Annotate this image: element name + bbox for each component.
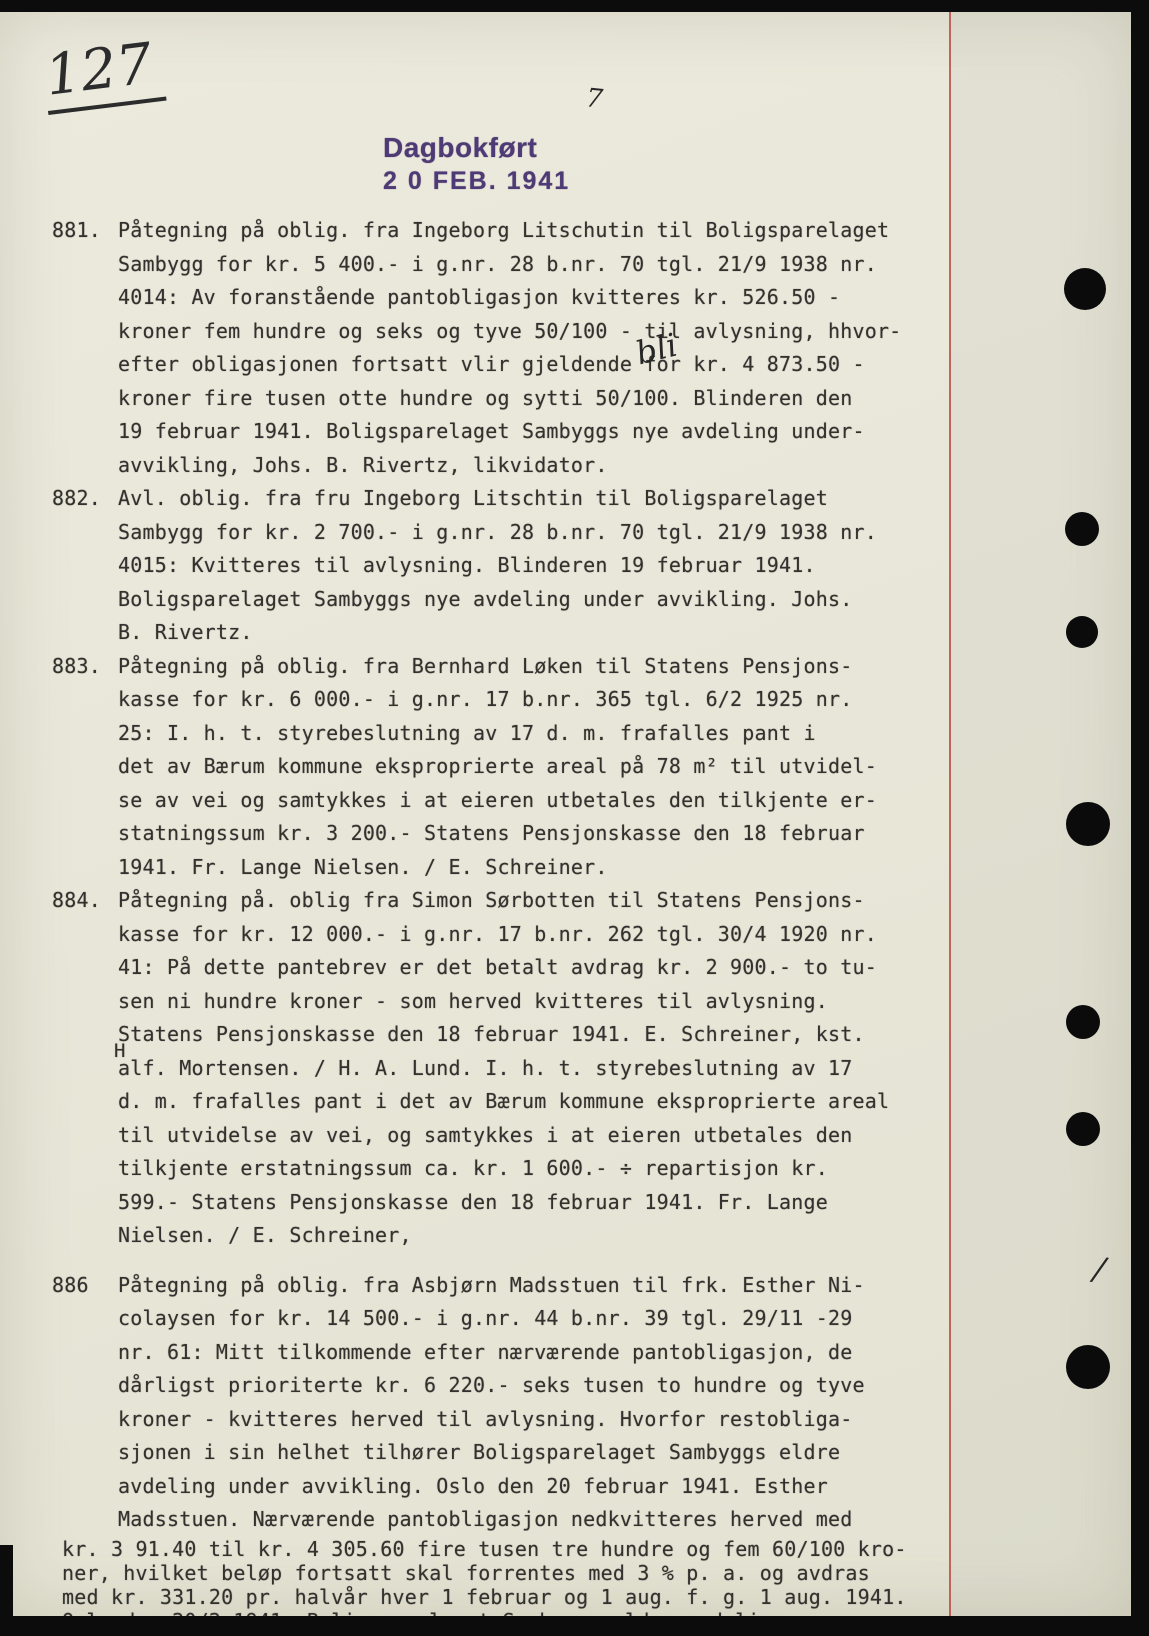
entry-line: Boligsparelaget Sambyggs nye avdeling un… <box>118 583 958 617</box>
entry-line: dårligst prioriterte kr. 6 220.- seks tu… <box>118 1369 958 1403</box>
entry-line: Påtegning på oblig. fra Asbjørn Madsstue… <box>118 1269 958 1303</box>
punch-hole <box>1066 1345 1110 1389</box>
entry-line: Sambygg for kr. 2 700.- i g.nr. 28 b.nr.… <box>118 516 958 550</box>
entry-line: Påtegning på oblig. fra Ingeborg Litschu… <box>118 214 958 248</box>
entry-line: det av Bærum kommune eksproprierte areal… <box>118 750 958 784</box>
entry-line: 4014: Av foranstående pantobligasjon kvi… <box>118 281 958 315</box>
entry-line: tilkjente erstatningssum ca. kr. 1 600.-… <box>118 1152 958 1186</box>
entry-line: B. Rivertz. <box>118 616 958 650</box>
scanned-register-page: 127 Dagbokført 2 0 FEB. 1941 881.Påtegni… <box>0 0 1149 1636</box>
entry-881: 881.Påtegning på oblig. fra Ingeborg Lit… <box>118 214 958 482</box>
entry-line: kasse for kr. 6 000.- i g.nr. 17 b.nr. 3… <box>118 683 958 717</box>
entry-line: avdeling under avvikling. Oslo den 20 fe… <box>118 1470 958 1504</box>
punch-hole <box>1065 512 1099 546</box>
entry-line: alf. Mortensen. / H. A. Lund. I. h. t. s… <box>118 1052 958 1086</box>
entry-line-tail: kr. 3 91.40 til kr. 4 305.60 fire tusen … <box>62 1537 958 1561</box>
entry-line-tail: ner, hvilket beløp fortsatt skal forrent… <box>62 1561 958 1585</box>
entry-line: Sambygg for kr. 5 400.- i g.nr. 28 b.nr.… <box>118 248 958 282</box>
pen-mark-top: 7 <box>584 83 604 115</box>
scan-edge-bottom <box>0 1616 1149 1636</box>
stamp-date: 2 0 FEB. 1941 <box>383 167 570 196</box>
entry-line: statningssum kr. 3 200.- Statens Pensjon… <box>118 817 958 851</box>
entry-line: efter obligasjonen fortsatt vlir gjelden… <box>118 348 958 382</box>
punch-hole <box>1064 268 1106 310</box>
entry-line: Madsstuen. Nærværende pantobligasjon ned… <box>118 1503 958 1537</box>
entry-number: 883. <box>52 650 101 684</box>
entry-line: se av vei og samtykkes i at eieren utbet… <box>118 784 958 818</box>
entry-line: kroner fem hundre og seks og tyve 50/100… <box>118 315 958 349</box>
entry-line: Avl. oblig. fra fru Ingeborg Litschtin t… <box>118 482 958 516</box>
entry-line: kroner fire tusen otte hundre og sytti 5… <box>118 382 958 416</box>
entry-line: Statens Pensjonskasse den 18 februar 194… <box>118 1018 958 1052</box>
paper-sheet: 127 Dagbokført 2 0 FEB. 1941 881.Påtegni… <box>0 12 1131 1616</box>
entry-883: 883.Påtegning på oblig. fra Bernhard Løk… <box>118 650 958 885</box>
register-entries: 881.Påtegning på oblig. fra Ingeborg Lit… <box>118 214 958 1633</box>
entry-number: 884. <box>52 884 101 918</box>
entry-line-tail: med kr. 331.20 pr. halvår hver 1 februar… <box>62 1585 958 1609</box>
punch-hole <box>1066 616 1098 648</box>
entry-line: Påtegning på. oblig fra Simon Sørbotten … <box>118 884 958 918</box>
entry-882: 882.Avl. oblig. fra fru Ingeborg Litscht… <box>118 482 958 650</box>
entry-line: kroner - kvitteres herved til avlysning.… <box>118 1403 958 1437</box>
entry-886: 886Påtegning på oblig. fra Asbjørn Madss… <box>118 1269 958 1634</box>
entry-number: 882. <box>52 482 101 516</box>
entry-line: nr. 61: Mitt tilkommende efter nærværend… <box>118 1336 958 1370</box>
entry-line: 41: På dette pantebrev er det betalt avd… <box>118 951 958 985</box>
punch-hole <box>1066 802 1110 846</box>
entry-number: 886 <box>52 1269 89 1303</box>
entry-line: kasse for kr. 12 000.- i g.nr. 17 b.nr. … <box>118 918 958 952</box>
handwritten-page-number: 127 <box>40 35 166 115</box>
punch-hole <box>1066 1005 1100 1039</box>
entry-line: avvikling, Johs. B. Rivertz, likvidator. <box>118 449 958 483</box>
entry-line: 19 februar 1941. Boligsparelaget Sambygg… <box>118 415 958 449</box>
stamp-title: Dagbokført <box>383 132 570 164</box>
entry-line: d. m. frafalles pant i det av Bærum komm… <box>118 1085 958 1119</box>
entry-line: colaysen for kr. 14 500.- i g.nr. 44 b.n… <box>118 1302 958 1336</box>
entry-line: 25: I. h. t. styrebeslutning av 17 d. m.… <box>118 717 958 751</box>
raised-letter-h: H <box>114 1040 125 1062</box>
entry-line: sen ni hundre kroner - som herved kvitte… <box>118 985 958 1019</box>
entry-line: sjonen i sin helhet tilhører Boligsparel… <box>118 1436 958 1470</box>
entry-line: Nielsen. / E. Schreiner, <box>118 1219 958 1253</box>
entry-line: 599.- Statens Pensjonskasse den 18 febru… <box>118 1186 958 1220</box>
scan-edge-right <box>1131 0 1149 1636</box>
punch-hole <box>1066 1112 1100 1146</box>
entry-line: til utvidelse av vei, og samtykkes i at … <box>118 1119 958 1153</box>
entry-884: 884.Påtegning på. oblig fra Simon Sørbot… <box>118 884 958 1253</box>
entry-line: Påtegning på oblig. fra Bernhard Løken t… <box>118 650 958 684</box>
scan-edge-bottom-left <box>0 1545 13 1636</box>
scan-edge-top <box>0 0 1149 12</box>
entry-number: 881. <box>52 214 101 248</box>
entry-line: 1941. Fr. Lange Nielsen. / E. Schreiner. <box>118 851 958 885</box>
entry-line: 4015: Kvitteres til avlysning. Blinderen… <box>118 549 958 583</box>
dagbokfort-stamp: Dagbokført 2 0 FEB. 1941 <box>383 132 570 196</box>
